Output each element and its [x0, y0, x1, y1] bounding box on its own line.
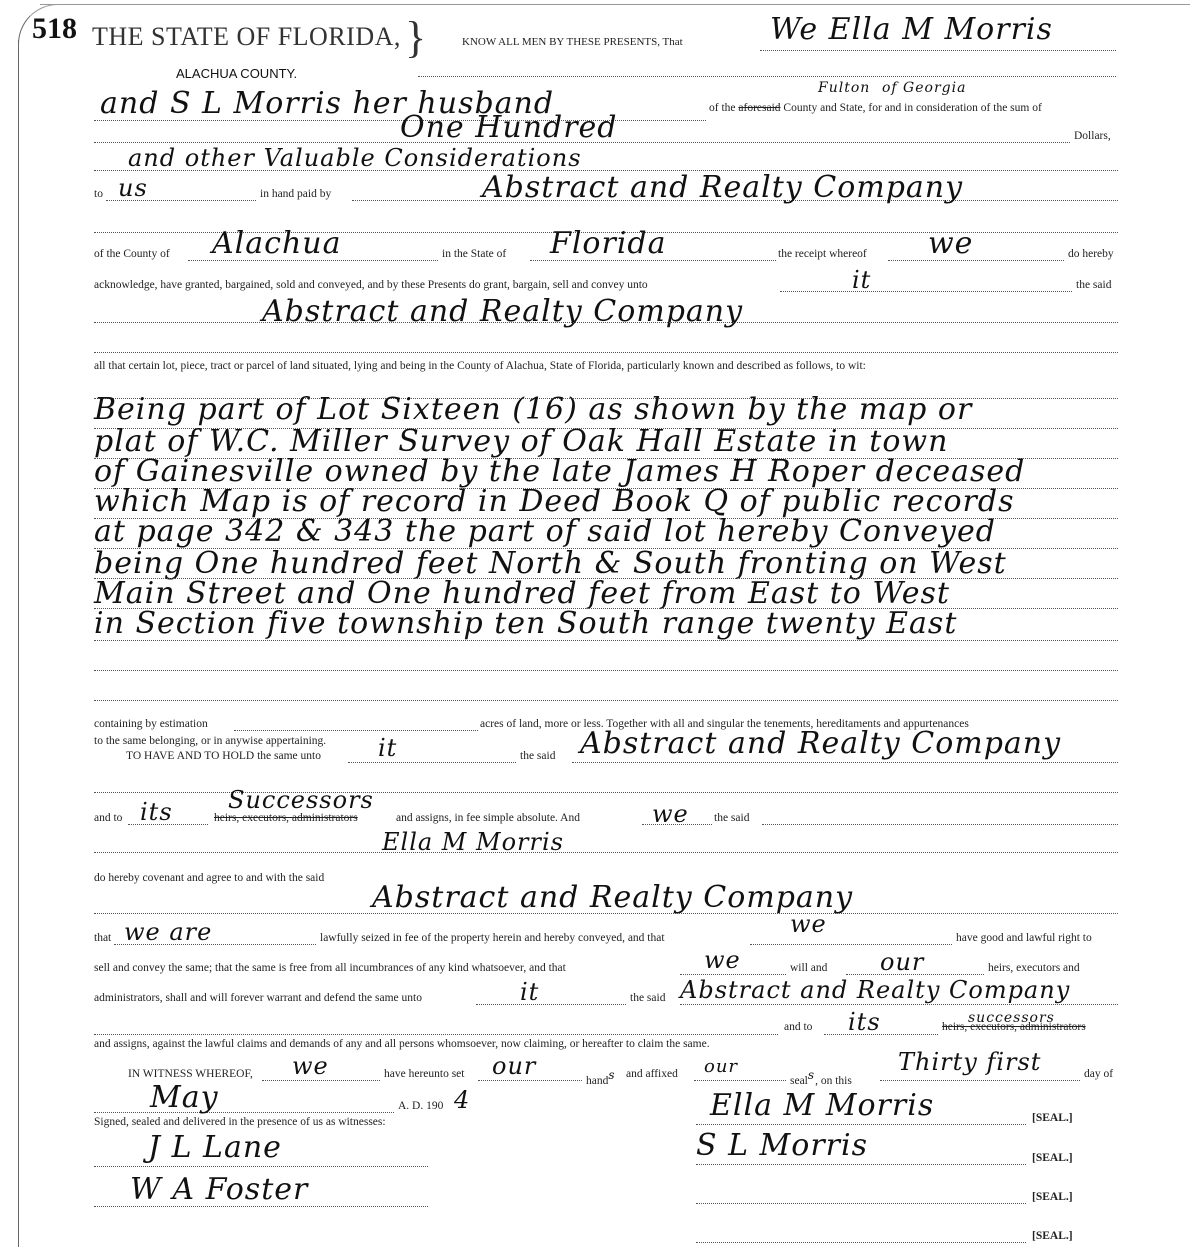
the-said-label: the said	[630, 992, 665, 1004]
seal-label: seals, on this	[790, 1068, 852, 1087]
heirs-struck: heirs, executors, administrators	[942, 1021, 1086, 1033]
rule	[94, 1112, 394, 1113]
sell-text: sell and convey the same; that the same …	[94, 962, 566, 974]
seal-4: [SEAL.]	[1032, 1230, 1073, 1242]
whereof-field: we	[292, 1052, 329, 1080]
ad-label: A. D. 190	[398, 1100, 443, 1112]
rule	[696, 1164, 1026, 1165]
seal-text: seal	[790, 1075, 808, 1087]
heirs-struck: heirs, executors, administrators	[214, 812, 358, 824]
month-field: May	[150, 1080, 219, 1115]
consideration-text: County and State, for and in considerati…	[783, 102, 1041, 114]
rule	[94, 1034, 778, 1035]
grant-text: acknowledge, have granted, bargained, so…	[94, 279, 648, 291]
land-intro-text: all that certain lot, piece, tract or pa…	[94, 360, 866, 372]
witness-whereof-label: IN WITNESS WHEREOF,	[128, 1068, 253, 1080]
rule	[750, 944, 952, 945]
grant-unto-field: it	[852, 266, 871, 294]
dollars-label: Dollars,	[1074, 130, 1111, 142]
claims-text: and assigns, against the lawful claims a…	[94, 1038, 710, 1050]
rule	[94, 1166, 428, 1167]
rule	[880, 1080, 1080, 1081]
assigns-text: and assigns, in fee simple absolute. And	[396, 812, 580, 824]
covenant-grantee2-field: Abstract and Realty Company	[680, 976, 1070, 1004]
deed-page: 518 THE STATE OF FLORIDA, } ALACHUA COUN…	[0, 0, 1200, 1247]
and-to-field: its	[140, 798, 173, 826]
admin-field: it	[520, 978, 539, 1006]
county-heading: ALACHUA COUNTY.	[176, 66, 297, 81]
to-field: us	[118, 174, 148, 202]
rule	[572, 762, 1118, 763]
rule	[762, 824, 1118, 825]
set-field: our	[492, 1052, 536, 1080]
rule	[888, 260, 1064, 261]
successors-insert: Successors	[228, 786, 374, 814]
description-line-1: Being part of Lot Sixteen (16) as shown …	[94, 392, 972, 427]
acres-field	[234, 730, 478, 731]
containing-label: containing by estimation	[94, 718, 208, 730]
and-to-label: and to	[784, 1021, 812, 1033]
rule	[94, 142, 1070, 143]
description-line-8: in Section five township ten South range…	[94, 606, 957, 641]
rule	[94, 670, 1118, 671]
bracket: }	[405, 12, 426, 63]
page-border-top	[40, 4, 1190, 5]
grantor-signature-1: Ella M Morris	[710, 1088, 934, 1123]
county-insert: Fulton	[818, 80, 870, 96]
covenant-grantee-field: Abstract and Realty Company	[372, 880, 853, 915]
that-label: that	[94, 932, 111, 944]
affixed-label: and affixed	[626, 1068, 678, 1080]
rule	[780, 291, 1072, 292]
rule	[418, 76, 1116, 77]
day-field: Thirty first	[898, 1048, 1041, 1076]
and-we-field: we	[652, 800, 689, 828]
set-label: have hereunto set	[384, 1068, 464, 1080]
grantor-signature-2: S L Morris	[696, 1128, 868, 1163]
seal-suffix: s	[808, 1068, 815, 1082]
and-to-label: and to	[94, 812, 122, 824]
state-insert: of Georgia	[882, 80, 966, 96]
admin-text: administrators, shall and will forever w…	[94, 992, 422, 1004]
day-of-label: day of	[1084, 1068, 1113, 1080]
year-field: 4	[454, 1086, 470, 1114]
signature-line-4	[696, 1242, 1026, 1243]
the-said-label: the said	[520, 750, 555, 762]
the-said-label: the said	[1076, 279, 1111, 291]
receipt-label: the receipt whereof	[778, 248, 867, 260]
covenant-label: do hereby covenant and agree to and with…	[94, 872, 324, 884]
receipt-field: we	[928, 226, 973, 261]
rule	[760, 50, 1116, 51]
seized-field: we	[790, 910, 827, 938]
sell-field: we	[704, 946, 741, 974]
will-and-label: will and	[790, 962, 827, 974]
hereby-label: do hereby	[1068, 248, 1114, 260]
signed-text: Signed, sealed and delivered in the pres…	[94, 1116, 386, 1128]
rule	[696, 1124, 1026, 1125]
to-label: to	[94, 188, 103, 200]
rule	[680, 1004, 1118, 1005]
grantee-field: Abstract and Realty Company	[262, 294, 743, 329]
county-field: Alachua	[212, 226, 341, 261]
habendum-grantee-field: Abstract and Realty Company	[580, 726, 1061, 761]
page-border-left	[18, 40, 19, 1247]
rule	[824, 1034, 938, 1035]
paid-by-label: in hand paid by	[260, 188, 331, 200]
witness-1-signature: J L Lane	[148, 1130, 282, 1165]
affixed-field: our	[704, 1056, 738, 1077]
rule	[94, 700, 1118, 701]
rule	[680, 974, 786, 975]
of-the-text: of the	[709, 102, 736, 114]
rule	[94, 852, 1118, 853]
seal-2: [SEAL.]	[1032, 1152, 1073, 1164]
that-field: we are	[124, 918, 212, 946]
know-all-men-text: KNOW ALL MEN BY THESE PRESENTS, That	[462, 36, 683, 48]
county-state-text: of the aforesaid County and State, for a…	[709, 102, 1042, 114]
state-field: Florida	[550, 226, 667, 261]
on-this-text: , on this	[815, 1075, 852, 1087]
amount-field: One Hundred	[400, 110, 618, 145]
other-consideration-field: and other Valuable Considerations	[128, 144, 582, 172]
state-title: THE STATE OF FLORIDA,	[92, 22, 401, 52]
rule	[94, 322, 1118, 323]
grantor-name-field: We Ella M Morris	[770, 12, 1053, 47]
rule	[476, 1004, 626, 1005]
description-line-5: at page 342 & 343 the part of said lot h…	[94, 514, 996, 549]
heirs-text: heirs, executors and	[988, 962, 1080, 974]
seized-text: lawfully seized in fee of the property h…	[320, 932, 665, 944]
page-number: 518	[32, 12, 77, 46]
and-to-field: its	[848, 1008, 881, 1036]
paid-by-field: Abstract and Realty Company	[482, 170, 963, 205]
state-label: in the State of	[442, 248, 506, 260]
the-said-label: the said	[714, 812, 749, 824]
rule	[262, 1080, 380, 1081]
rule	[94, 913, 1118, 914]
witness-2-signature: W A Foster	[130, 1172, 308, 1207]
aforesaid-struck: aforesaid	[738, 102, 780, 114]
signature-line-3	[696, 1203, 1026, 1204]
will-field: our	[880, 948, 924, 976]
seal-3: [SEAL.]	[1032, 1191, 1073, 1203]
right-text: have good and lawful right to	[956, 932, 1092, 944]
rule	[94, 640, 1118, 641]
rule	[348, 762, 516, 763]
to-have-label: TO HAVE AND TO HOLD the same unto	[126, 750, 321, 762]
seal-1: [SEAL.]	[1032, 1112, 1073, 1124]
hand-suffix: s	[608, 1068, 615, 1082]
hand-text: hand	[586, 1075, 608, 1087]
rule	[478, 1080, 582, 1081]
hand-label: hands	[586, 1068, 616, 1087]
rule	[94, 352, 1118, 353]
to-have-field: it	[378, 734, 397, 762]
county-label: of the County of	[94, 248, 170, 260]
belonging-text: to the same belonging, or in anywise app…	[94, 735, 326, 747]
rule	[694, 1080, 786, 1081]
